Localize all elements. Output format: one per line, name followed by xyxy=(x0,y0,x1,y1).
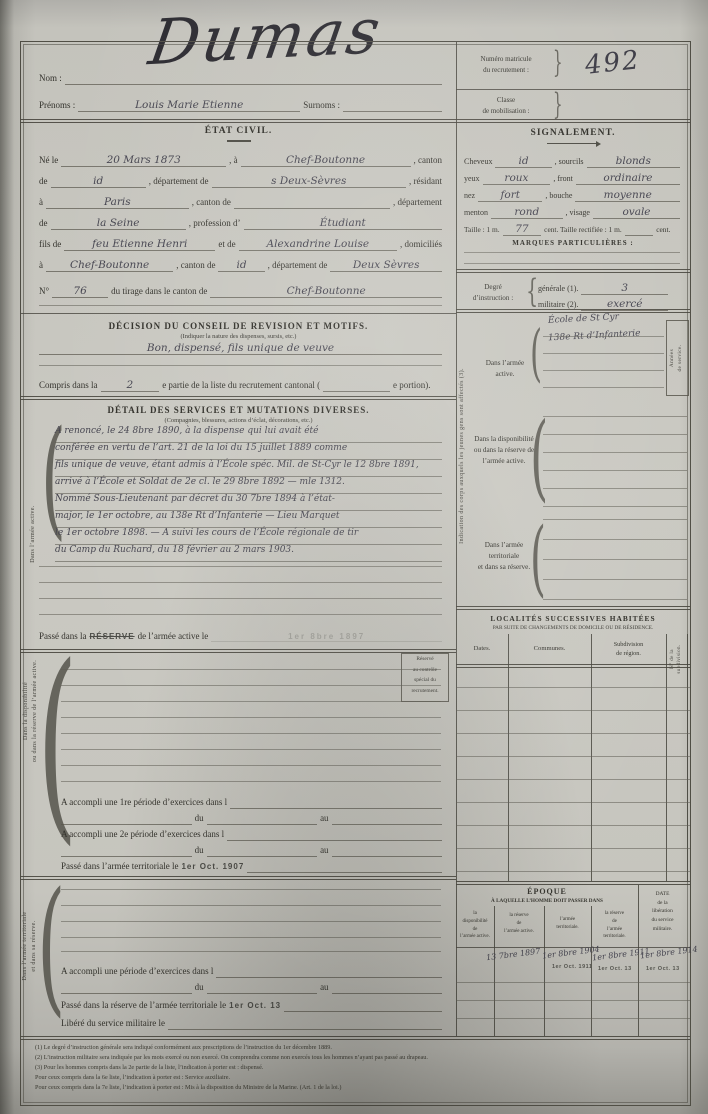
localites-col-dates: Dates. xyxy=(456,645,508,652)
table-row-line xyxy=(456,848,690,849)
section-rule xyxy=(456,606,690,610)
side-label-disponibilite: Dans la disponibilité ou dans la réserve… xyxy=(23,631,39,791)
annees-service-box: Années de service. xyxy=(666,320,689,396)
decision-subtitle: (Indiquer la nature des dispenses, sursi… xyxy=(21,333,456,340)
detail-title: DÉTAIL DES SERVICES ET MUTATIONS DIVERSE… xyxy=(21,405,456,415)
footer-rule xyxy=(21,1036,690,1040)
ruled-line xyxy=(543,559,687,560)
table-row-line xyxy=(456,779,690,780)
signalement-ornament xyxy=(547,143,599,144)
etat-civil-ornament xyxy=(227,140,251,142)
epoque-territoriale-stamp: 1er Oct. 1911 xyxy=(552,964,592,970)
right-column: SIGNALEMENT. Cheveuxid, sourcilsblonds y… xyxy=(456,42,690,1036)
signalement-row: yeuxroux, frontordinaire xyxy=(464,172,680,185)
ruled-line xyxy=(39,365,442,366)
detail-subtitle: (Compagnies, blessures, actions d’éclat,… xyxy=(21,417,456,424)
ruled-line xyxy=(543,579,687,580)
ruled-line xyxy=(39,614,442,615)
signalement-row: mentonrond, visageovale xyxy=(464,206,680,219)
section-rule xyxy=(456,881,690,885)
table-row-line xyxy=(456,982,690,983)
decision-value: Bon, dispensé, fils unique de veuve xyxy=(39,342,442,355)
taille-row: Taille : 1 m.77cent. Taille rectifiée : … xyxy=(464,223,680,236)
epoque-liberation-stamp: 1er Oct. 13 xyxy=(646,966,680,972)
marques-label: MARQUES PARTICULIÈRES : xyxy=(456,239,690,247)
table-row-line xyxy=(456,871,690,872)
section-rule xyxy=(21,876,456,880)
ruled-line xyxy=(543,599,687,600)
localites-title: LOCALITÉS SUCCESSIVES HABITÉES xyxy=(456,614,690,623)
ruled-line xyxy=(61,669,441,670)
ruled-line xyxy=(61,733,441,734)
ruled-line xyxy=(61,937,441,938)
document-frame: Nom : Prénoms :Louis Marie EtienneSurnom… xyxy=(20,41,691,1106)
corps-active-label: Dans l’armée active. xyxy=(476,358,534,380)
etat-civil-line: fils defeu Etienne Henriet deAlexandrine… xyxy=(39,238,442,251)
table-row-line xyxy=(456,825,690,826)
section-rule xyxy=(21,396,456,400)
ruled-line xyxy=(61,921,441,922)
instruction-brace: { xyxy=(526,278,538,306)
passe-reserve-line: Passé dans laRÉSERVEde l’armée active le… xyxy=(39,631,442,642)
ruled-line xyxy=(61,765,441,766)
ruled-line xyxy=(543,519,687,520)
etat-civil-title: ÉTAT CIVIL. xyxy=(21,126,456,136)
ruled-line xyxy=(39,305,442,306)
passe-territoriale-line: Passé dans l’armée territoriale le1er Oc… xyxy=(61,860,442,873)
signalement-row: nezfort, bouchemoyenne xyxy=(464,189,680,202)
side-label-armee-active: Dans l’armée active. xyxy=(27,474,39,594)
du-au-line: du au xyxy=(61,812,442,825)
left-column: ÉTAT CIVIL. Né le20 Mars 1873, àChef-Bou… xyxy=(21,42,456,1036)
ruled-line xyxy=(543,539,687,540)
table-row-line xyxy=(456,687,690,688)
signalement-title: SIGNALEMENT. xyxy=(456,128,690,138)
corps-active-value: École de St Cyr xyxy=(548,312,619,326)
epoque-col: la disponibilité de l’armée active. xyxy=(456,910,494,941)
scanned-military-record: Dumas 492 Nom : Prénoms :Louis Marie Eti… xyxy=(0,0,708,1114)
localites-side-label: N° de la subdivision. xyxy=(668,629,684,689)
ruled-line xyxy=(543,336,664,337)
table-line xyxy=(666,634,667,881)
ruled-line xyxy=(61,749,441,750)
epoque-col: l’armée territoriale. xyxy=(544,916,591,932)
controle-special-box: Réservé au contrôle spécial du recruteme… xyxy=(401,653,449,702)
ruled-line xyxy=(543,353,664,354)
periode-line: A accompli une période d’exercices dans … xyxy=(61,965,442,978)
section-rule xyxy=(456,309,690,313)
instruction-generale: générale (1).3 xyxy=(538,282,668,295)
ruled-line xyxy=(543,387,664,388)
libere-line: Libéré du service militaire le xyxy=(61,1017,442,1030)
corps-active-brace: ( xyxy=(530,326,542,379)
etat-civil-line: àChef-Boutonne, canton deid, département… xyxy=(39,259,442,272)
ruled-line xyxy=(39,582,442,583)
ruled-line xyxy=(61,781,441,782)
etat-civil-line: àParis, canton de , département xyxy=(39,196,442,209)
ruled-line xyxy=(39,598,442,599)
section-rule xyxy=(21,313,456,314)
ruled-line xyxy=(543,416,687,417)
service-history-text: A renoncé, le 24 8bre 1890, à la dispens… xyxy=(55,426,442,562)
ruled-line xyxy=(464,263,680,264)
etat-civil-line: dela Seine, profession d’Étudiant xyxy=(39,217,442,230)
ruled-line xyxy=(61,701,441,702)
side-label-territoriale: Dans l’armée territoriale et dans sa rés… xyxy=(22,871,38,1021)
epoque-col: la réserve de l’armée active. xyxy=(494,912,544,935)
corps-side-label: Indication des corps auxquels les jeunes… xyxy=(456,326,468,586)
compris-line: Compris dans la2e partie de la liste du … xyxy=(39,379,442,392)
epoque-reserve-terr-stamp: 1er Oct. 13 xyxy=(598,966,632,972)
etat-civil-line: Né le20 Mars 1873, àChef-Boutonne, canto… xyxy=(39,154,442,167)
epoque-date-col: DATE de la libération du service militai… xyxy=(638,890,687,933)
decision-title: DÉCISION DU CONSEIL DE REVISION ET MOTIF… xyxy=(21,321,456,331)
epoque-subtitle: À LAQUELLE L’HOMME DOIT PASSER DANS xyxy=(456,898,638,904)
annees-service-label: Années de service. xyxy=(671,328,683,388)
ruled-line xyxy=(543,506,687,507)
localites-col-subdivision: Subdivision de région. xyxy=(591,640,666,659)
ruled-line xyxy=(543,434,687,435)
section-rule xyxy=(21,649,456,653)
localites-col-communes: Communes. xyxy=(508,645,591,652)
tirage-line: N°76du tirage dans le canton deChef-Bout… xyxy=(39,285,442,298)
ruled-line xyxy=(61,685,441,686)
table-line xyxy=(591,634,592,881)
table-row-line xyxy=(456,733,690,734)
corps-dispo-brace: ( xyxy=(530,418,548,499)
table-row-line xyxy=(456,802,690,803)
epoque-title: ÉPOQUE xyxy=(456,887,638,896)
epoque-col: la réserve de l’armée territoriale. xyxy=(591,910,638,941)
du-au-line: du au xyxy=(61,981,442,994)
instruction-label: Degré d’instruction : xyxy=(462,282,524,304)
ruled-line xyxy=(61,951,441,952)
ruled-line xyxy=(543,370,664,371)
ruled-line xyxy=(61,889,441,890)
corps-terr-label: Dans l’armée territoriale et dans sa rés… xyxy=(470,540,538,573)
table-row-line xyxy=(456,710,690,711)
table-line xyxy=(508,634,509,881)
ruled-line xyxy=(61,905,441,906)
ruled-line xyxy=(464,252,680,253)
table-header-rule xyxy=(456,664,690,668)
passe-reserve-terr-line: Passé dans la réserve de l’armée territo… xyxy=(61,999,442,1012)
table-row-line xyxy=(456,1018,690,1019)
du-au-line: du au xyxy=(61,844,442,857)
ruled-line xyxy=(543,488,687,489)
periode2-line: A accompli une 2e période d’exercices da… xyxy=(61,828,442,841)
etat-civil-line: deid, département des Deux-Sèvres, résid… xyxy=(39,175,442,188)
ruled-line xyxy=(39,566,442,567)
table-row-line xyxy=(456,756,690,757)
table-line xyxy=(687,634,688,881)
footnotes: (1) Le degré d’instruction générale sera… xyxy=(35,1043,678,1093)
signalement-row: Cheveuxid, sourcilsblonds xyxy=(464,155,680,168)
corps-dispo-label: Dans la disponibilité ou dans la réserve… xyxy=(470,434,538,467)
ruled-line xyxy=(543,452,687,453)
ruled-line xyxy=(61,717,441,718)
ruled-line xyxy=(543,470,687,471)
localites-subtitle: PAR SUITE DE CHANGEMENTS DE DOMICILE OU … xyxy=(456,625,690,631)
table-row-line xyxy=(456,1000,690,1001)
periode1-line: A accompli une 1re période d’exercices d… xyxy=(61,796,442,809)
section-rule xyxy=(456,269,690,273)
